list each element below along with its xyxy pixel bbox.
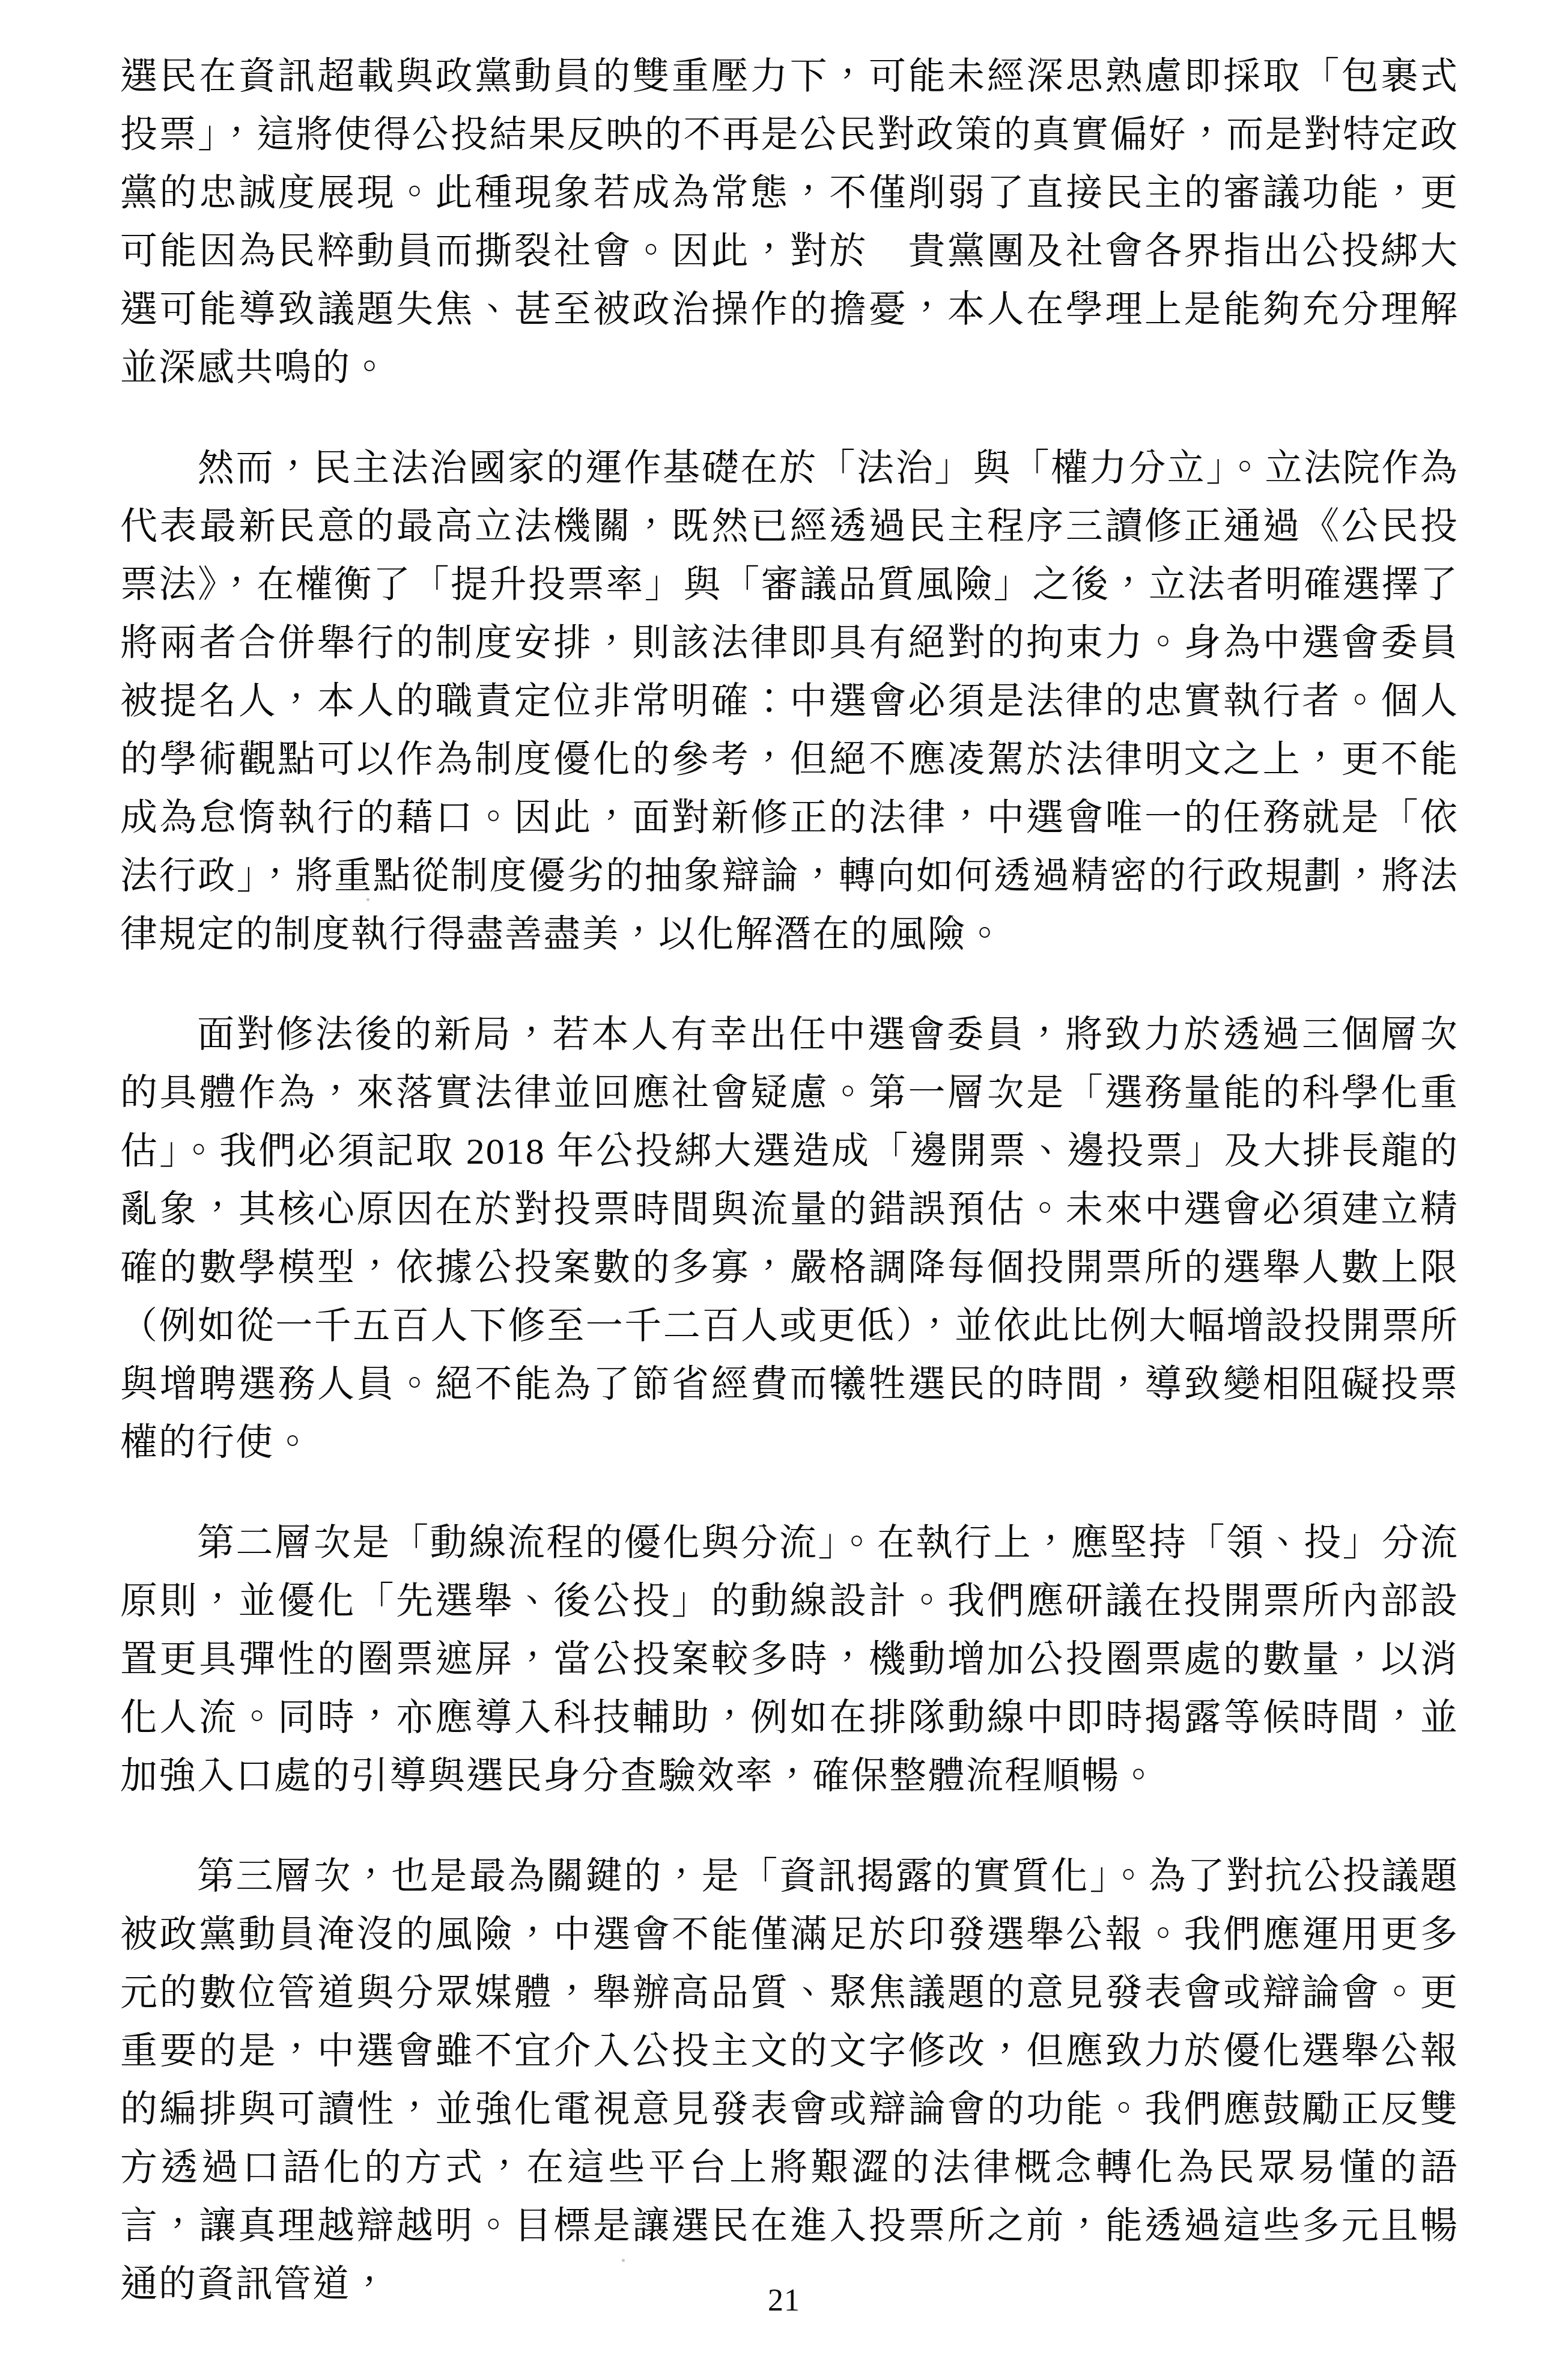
paragraph-3: 面對修法後的新局，若本人有幸出任中選會委員，將致力於透過三個層次的具體作為，來落…	[120, 1006, 1459, 1472]
scan-speck	[622, 2259, 625, 2262]
paragraph-2: 然而，民主法治國家的運作基礎在於「法治」與「權力分立」。立法院作為代表最新民意的…	[120, 440, 1459, 964]
paragraph-1: 選民在資訊超載與政黨動員的雙重壓力下，可能未經深思熟慮即採取「包裹式投票」，這將…	[120, 48, 1459, 398]
scan-speck	[366, 898, 369, 901]
document-page: 選民在資訊超載與政黨動員的雙重壓力下，可能未經深思熟慮即採取「包裹式投票」，這將…	[0, 0, 1568, 2361]
page-number: 21	[0, 2283, 1568, 2318]
paragraph-5: 第三層次，也是最為關鍵的，是「資訊揭露的實質化」。為了對抗公投議題被政黨動員淹沒…	[120, 1848, 1459, 2314]
paragraph-4: 第二層次是「動線流程的優化與分流」。在執行上，應堅持「領、投」分流原則，並優化「…	[120, 1515, 1459, 1806]
text-block: 選民在資訊超載與政黨動員的雙重壓力下，可能未經深思熟慮即採取「包裹式投票」，這將…	[120, 48, 1459, 2314]
scan-speck	[1364, 763, 1367, 766]
